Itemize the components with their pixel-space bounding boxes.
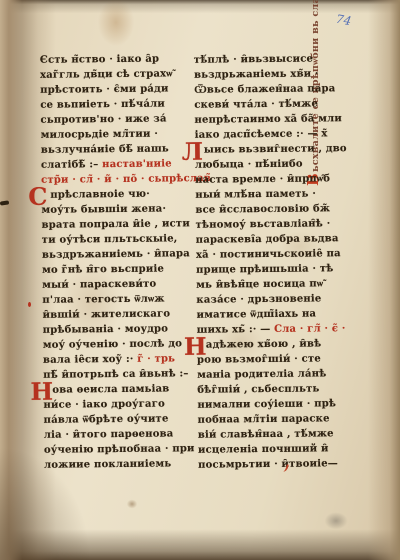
manuscript-line: вьздрьжаніемь хв̃и · — [194, 66, 334, 82]
manuscript-line: вала іе̑си хоу̃ :· г̃ · трь — [43, 351, 195, 368]
body-text: бѣг̑шіи́ , сьбеспльть — [197, 383, 319, 395]
manuscript-line: ныи́ млѣ́на паметь · — [195, 186, 335, 202]
manuscript-line: прѣбываніа · моудро — [43, 321, 195, 338]
manuscript-line: ліа · и̑того парѳенова — [44, 426, 196, 443]
left-text-column: Єсть н̃ство · іако а̑рхаг̃гль дв̃ци сѣ с… — [40, 51, 196, 473]
manuscript-line: и̑вшіи́ · жителискаго — [42, 306, 194, 323]
manuscript-line: хаг̃гль дв̃ци сѣ страхѡ̃ — [40, 66, 192, 83]
body-text: іако дасп̃сѣемсе :· — х̃ — [195, 128, 328, 140]
manuscript-line: непрѣстаинмо ха̃ ба̃ мли — [194, 111, 334, 127]
body-text: рою вьзмог̑шіи́ · сте — [197, 353, 321, 365]
manuscript-line: любыца · пѣ́ніибо — [195, 156, 335, 172]
body-text: сьпротив'но · иже за́ — [40, 113, 166, 125]
body-text: каза́се · дрьзновеніе — [196, 293, 321, 305]
body-text: ліа · и̑того парѳенова — [44, 428, 174, 440]
manuscript-line: мо г̃нѣ н̑го вьсприіе — [42, 261, 194, 278]
manuscript-photo: 74 Вьсхвалите се прѣпѡбни вь славѣ : Єст… — [0, 0, 400, 560]
body-text: наста времле · и̑прпѡ̑б — [195, 173, 330, 185]
manuscript-line: па́вла ѿбрѣте оу́чите — [44, 411, 196, 428]
body-text: прѣбываніа · моудро — [43, 323, 169, 335]
rubric-text: г̃ · трь — [137, 353, 175, 364]
manuscript-line: маніа родителіа ла́нѣ — [197, 366, 337, 382]
body-text: Єсть н̃ство · іако а̑р — [40, 54, 159, 66]
manuscript-line: вьзлучна́иіе бѣ̃ нашь — [41, 141, 193, 158]
manuscript-line: прище прѣишьшіа · тѣ — [196, 261, 336, 277]
body-text: нимални соу́іеши · прѣ — [197, 398, 336, 410]
body-text: прѣславноіе чю· — [50, 189, 150, 201]
body-text: мь и̑вѣн̑це носица пѡ̃ — [196, 278, 323, 290]
body-text: исцеленіа почнший и̑ — [198, 443, 329, 455]
manuscript-line: все и̑сславословію бж̃ — [195, 201, 335, 217]
body-text: милосрьдіе мл̃тии · — [41, 129, 158, 141]
body-text: непрѣстаинмо ха̃ ба̃ мли — [194, 113, 342, 126]
body-text: вьзлучна́иіе бѣ̃ нашь — [41, 143, 169, 155]
manuscript-line: скеви́ чта́ла · тѣ́мже — [194, 96, 334, 112]
body-text: моу́ть бывшіи жена· — [41, 203, 166, 215]
manuscript-line: ни́се · іако дроу́гаго — [43, 396, 195, 413]
manuscript-line: ха̃ · постиничьскоиіе̑ па — [196, 246, 336, 262]
body-text: ни́се · іако дроу́гаго — [43, 399, 165, 411]
rubric-text: Сла · гл̃ · є̃ · — [274, 323, 346, 335]
manuscript-line: моу́ оу́ченію · послѣ до — [43, 336, 195, 353]
manuscript-line: стр̃и · сл̃ · и̃ · по̃ · сьпрѣслав̃ — [41, 171, 193, 188]
manuscript-line: милосрьдіе мл̃тии · — [41, 126, 193, 143]
manuscript-line: Нова ѳеисла памьіав — [43, 381, 195, 398]
manuscript-line: Надѣжею хв̃ою , и̑вѣ — [197, 336, 337, 352]
manuscript-line: побнаа мл̃тіи параске — [198, 411, 338, 427]
body-text: мо г̃нѣ н̑го вьсприіе — [42, 264, 164, 276]
body-text: слатібѣ̃ :– — [41, 159, 102, 171]
manuscript-line: се вьпиіеть · пѣ́ча́ли — [40, 96, 192, 113]
manuscript-line: оу́ченію прѣпобнаа · при — [44, 441, 196, 458]
body-text: иматисе ѿдш̃іахь на — [196, 308, 316, 320]
body-text: ыись вьзвиг̑нести , дво — [204, 143, 347, 155]
body-text: адѣжею хв̃ою , и̑вѣ — [206, 338, 322, 350]
manuscript-line: посьмрьтии · и̑твоиіе— — [198, 456, 338, 472]
body-text: мыи́ · параскеви́то — [42, 279, 156, 291]
right-text-column: тѣ́плѣ · и̑вьзвысисевьздрьжаніемь хв̃и ·… — [194, 51, 338, 472]
folio-number: 74 — [335, 12, 352, 28]
body-text: и̑вшіи́ · жителискаго — [42, 308, 170, 320]
body-text: скеви́ чта́ла · тѣ́мже — [194, 98, 318, 110]
manuscript-line: исцеленіа почнший и̑ — [198, 441, 338, 457]
manuscript-line: іако дасп̃сѣемсе :· — х̃ — [195, 126, 335, 142]
manuscript-line: нимални соу́іеши · прѣ — [197, 396, 337, 412]
body-text: любыца · пѣ́ніибо — [195, 159, 303, 171]
manuscript-line: моу́ть бывшіи жена· — [41, 201, 193, 218]
body-text: ха̃ · постиничьскоиіе̑ па — [196, 248, 341, 261]
rubric-text: стр̃и · сл̃ · и̃ · по̃ · сьпрѣслав̃ — [41, 173, 211, 186]
body-text: тѣномоу́ вьставліан̑ѣ · — [196, 218, 331, 230]
manuscript-line: ти оу́тѣси пльтьскыіе, — [42, 231, 194, 248]
manuscript-line: наста времле · и̑прпѡ̑б — [195, 171, 335, 187]
manuscript-line: тѣ́плѣ · и̑вьзвысисе — [194, 51, 334, 67]
body-text: тѣ́плѣ · и̑вьзвысисе — [194, 53, 313, 65]
manuscript-line: віи́ славѣн̑наа , тѣ́мже — [198, 426, 338, 442]
manuscript-line: пѣ̃ и̑потрьпѣ са и̑вьнѣ :– — [43, 366, 195, 383]
body-text: вьздрьжаніемь хв̃и · — [194, 68, 319, 80]
body-text: вьздръжаниіемь · и̑пара — [42, 248, 190, 261]
manuscript-line: рою вьзмог̑шіи́ · сте — [197, 351, 337, 367]
manuscript-line: Лыись вьзвиг̑нести , дво — [195, 141, 335, 157]
body-text: ложиие покланиіемь — [44, 458, 171, 470]
body-text: віи́ славѣн̑наа , тѣ́мже — [198, 428, 334, 440]
body-text: оу́ченію прѣпобнаа · при — [44, 443, 195, 456]
body-text: все и̑сславословію бж̃ — [195, 203, 330, 215]
manuscript-line: сьпротив'но · иже за́ — [40, 111, 192, 128]
body-text: ныи́ млѣ́на паметь · — [195, 188, 316, 200]
manuscript-line: иматисе ѿдш̃іахь на — [196, 306, 336, 322]
manuscript-line: мыи́ · параскеви́то — [42, 276, 194, 293]
body-text: ти оу́тѣси пльтьскыіе, — [42, 233, 178, 245]
body-text: побнаа мл̃тіи параске — [198, 413, 330, 425]
body-text: ова ѳеисла памьіав — [52, 383, 169, 395]
body-text: прище прѣишьшіа · тѣ — [196, 263, 333, 275]
red-margin-mark — [28, 302, 31, 307]
body-text: маніа родителіа ла́нѣ — [197, 368, 326, 380]
manuscript-line: Спрѣславноіе чю· — [41, 186, 193, 203]
rubric-text: настав'ниіе — [102, 158, 172, 170]
manuscript-line: Ѿвьсе блажен̑наа пара — [194, 81, 334, 97]
manuscript-line: мь и̑вѣн̑це носица пѡ̃ — [196, 276, 336, 292]
body-text: хаг̃гль дв̃ци сѣ страхѡ̃ — [40, 68, 173, 80]
manuscript-line: ложиие покланиіемь — [44, 456, 196, 473]
manuscript-line: вьздръжаниіемь · и̑пара — [42, 246, 194, 263]
manuscript-line: п'лаа · тегость ѿлѡж — [42, 291, 194, 308]
body-text: п'лаа · тегость ѿлѡж — [42, 294, 164, 306]
manuscript-line: врата попрала и̑іе , исти — [42, 216, 194, 233]
body-text: па́вла ѿбрѣте оу́чите — [44, 413, 169, 425]
body-text: шихь хь̃ :· — — [197, 324, 274, 336]
manuscript-line: тѣномоу́ вьставліан̑ѣ · — [196, 216, 336, 232]
manuscript-line: шихь хь̃ :· — Сла · гл̃ · є̃ · — [197, 321, 337, 337]
manuscript-line: Єсть н̃ство · іако а̑р — [40, 51, 192, 68]
manuscript-line: бѣг̑шіи́ , сьбеспльть — [197, 381, 337, 397]
body-text: вала іе̑си хоу̃ :· — [43, 354, 137, 366]
manuscript-line: слатібѣ̃ :– настав'ниіе — [41, 156, 193, 173]
body-text: параскеві̑а добра вьдва — [196, 233, 339, 245]
body-text: пѣ̃ и̑потрьпѣ са и̑вьнѣ :– — [43, 368, 188, 381]
body-text: прѣстоить · є̑ми ра́ди — [40, 83, 168, 95]
body-text: Ѿвьсе блажен̑наа пара — [194, 83, 335, 95]
manuscript-line: прѣстоить · є̑ми ра́ди — [40, 81, 192, 98]
manuscript-line: параскеві̑а добра вьдва — [196, 231, 336, 247]
manuscript-line: каза́се · дрьзновеніе — [196, 291, 336, 307]
body-text: моу́ оу́ченію · послѣ до — [43, 338, 182, 350]
body-text: врата попрала и̑іе , исти — [42, 218, 190, 231]
body-text: се вьпиіеть · пѣ́ча́ли — [40, 98, 165, 110]
body-text: посьмрьтии · и̑твоиіе— — [198, 458, 338, 470]
ink-mark — [0, 200, 9, 205]
